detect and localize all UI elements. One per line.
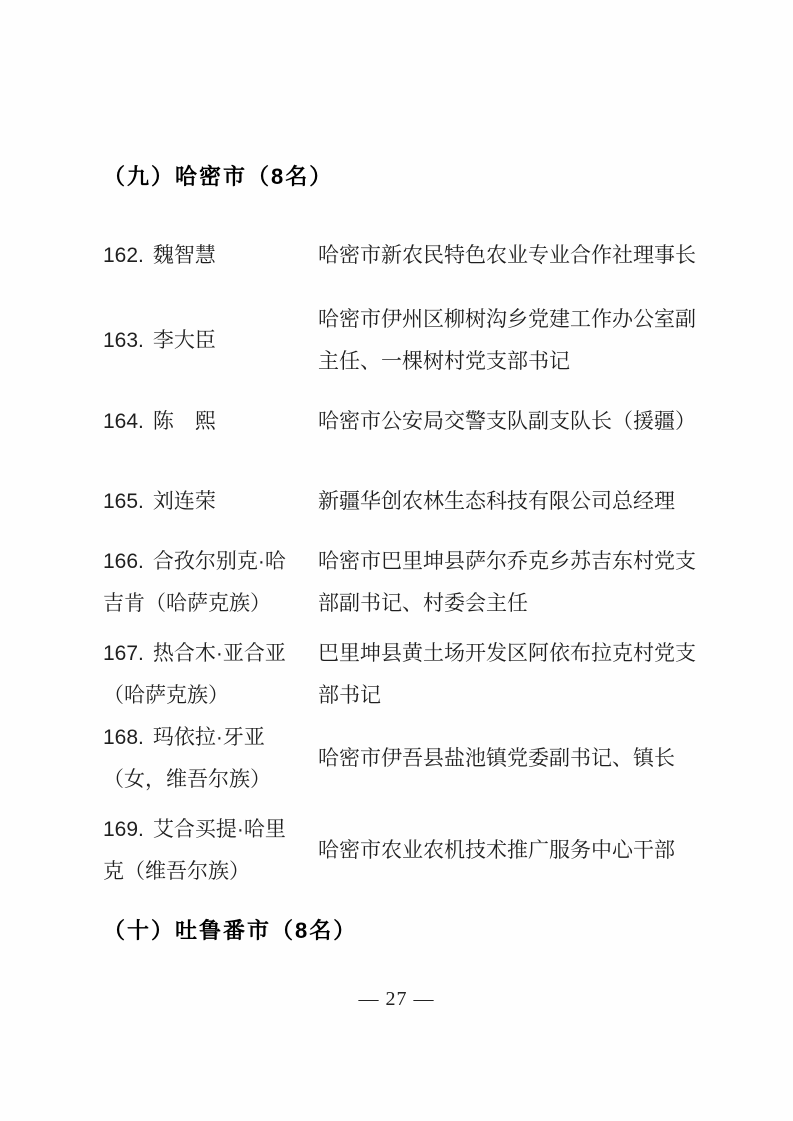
- entry-name-cell: 166.合孜尔别克·哈 吉肯（哈萨克族）: [103, 541, 318, 625]
- entry-job: 哈密市巴里坤县萨尔乔克乡苏吉东村党支 部副书记、村委会主任: [318, 541, 703, 625]
- entry-name: 刘连荣: [153, 490, 216, 513]
- entry-number: 169.: [103, 818, 144, 841]
- document-page: （九）哈密市（8名） 162.魏智慧 哈密市新农民特色农业专业合作社理事长 16…: [0, 0, 793, 1121]
- entry-name: 魏智慧: [153, 244, 216, 267]
- page-content: （九）哈密市（8名） 162.魏智慧 哈密市新农民特色农业专业合作社理事长 16…: [0, 0, 793, 953]
- entry-number: 164.: [103, 410, 144, 433]
- entry-job: 新疆华创农林生态科技有限公司总经理: [318, 481, 703, 523]
- entry-job: 哈密市农业农机技术推广服务中心干部: [318, 830, 703, 872]
- list-item-167: 167.热合木·亚合亚 （哈萨克族） 巴里坤县黄土场开发区阿依布拉克村党支 部书…: [103, 633, 703, 717]
- section-header-turpan: （十）吐鲁番市（8名）: [103, 909, 703, 953]
- entry-job: 哈密市伊州区柳树沟乡党建工作办公室副 主任、一棵树村党支部书记: [318, 299, 703, 383]
- list-item-165: 165.刘连荣 新疆华创农林生态科技有限公司总经理: [103, 481, 703, 523]
- list-item-166: 166.合孜尔别克·哈 吉肯（哈萨克族） 哈密市巴里坤县萨尔乔克乡苏吉东村党支 …: [103, 541, 703, 625]
- entry-name-cell: 168.玛依拉·牙亚 （女，维吾尔族）: [103, 717, 318, 801]
- entry-number: 166.: [103, 550, 144, 573]
- entry-number: 165.: [103, 490, 144, 513]
- entry-number: 168.: [103, 726, 144, 749]
- entry-job: 哈密市新农民特色农业专业合作社理事长: [318, 235, 703, 277]
- section-header-hami: （九）哈密市（8名）: [103, 155, 703, 199]
- entry-name-cell: 165.刘连荣: [103, 481, 318, 523]
- entry-number: 167.: [103, 642, 144, 665]
- list-item-163: 163.李大臣 哈密市伊州区柳树沟乡党建工作办公室副 主任、一棵树村党支部书记: [103, 299, 703, 383]
- entry-name: 李大臣: [153, 329, 216, 352]
- entry-job: 哈密市公安局交警支队副支队长（援疆）: [318, 401, 703, 443]
- entry-name: 陈 熙: [153, 410, 216, 433]
- entry-number: 163.: [103, 329, 144, 352]
- entry-name-cell: 162.魏智慧: [103, 235, 318, 277]
- entry-job: 哈密市伊吾县盐池镇党委副书记、镇长: [318, 738, 703, 780]
- entry-job: 巴里坤县黄土场开发区阿依布拉克村党支 部书记: [318, 633, 703, 717]
- list-item-162: 162.魏智慧 哈密市新农民特色农业专业合作社理事长: [103, 235, 703, 277]
- list-item-168: 168.玛依拉·牙亚 （女，维吾尔族） 哈密市伊吾县盐池镇党委副书记、镇长: [103, 717, 703, 801]
- entry-number: 162.: [103, 244, 144, 267]
- list-item-164: 164.陈 熙 哈密市公安局交警支队副支队长（援疆）: [103, 401, 703, 443]
- entry-name-cell: 167.热合木·亚合亚 （哈萨克族）: [103, 633, 318, 717]
- page-number: — 27 —: [0, 988, 793, 1011]
- entry-name-cell: 163.李大臣: [103, 320, 318, 362]
- list-item-169: 169.艾合买提·哈里 克（维吾尔族） 哈密市农业农机技术推广服务中心干部: [103, 809, 703, 893]
- entry-name-cell: 169.艾合买提·哈里 克（维吾尔族）: [103, 809, 318, 893]
- entry-name-cell: 164.陈 熙: [103, 401, 318, 443]
